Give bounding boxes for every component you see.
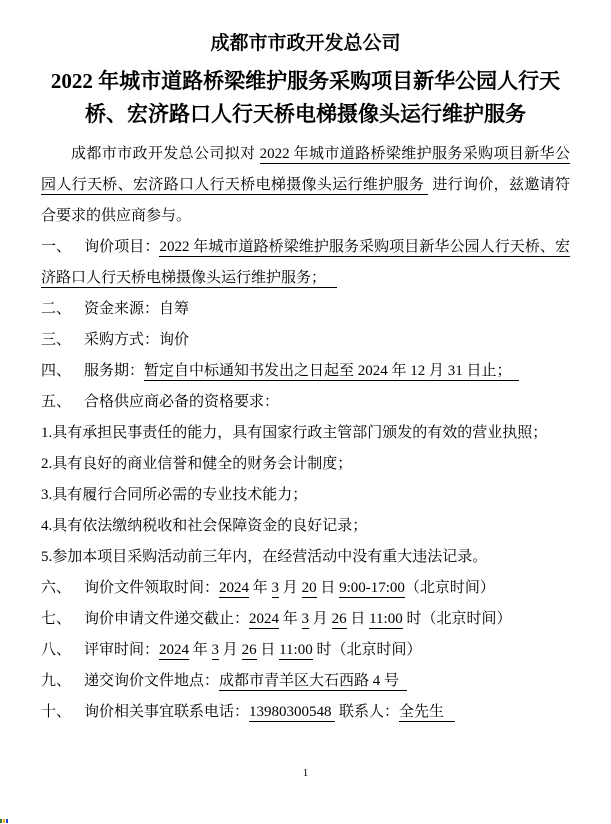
company-title: 成都市市政开发总公司 <box>41 30 570 58</box>
item-number: 四、 <box>41 356 71 387</box>
plain-text: 月 <box>279 580 302 596</box>
plain-text: 年 <box>249 580 272 596</box>
item-funding-source: 二、资金来源：自筹 <box>41 294 570 325</box>
item-body: 递交询价文件地点：成都市青羊区大石西路 4 号 <box>84 673 407 691</box>
item-body: 采购方式：询价 <box>84 332 189 348</box>
item-body: 询价申请文件递交截止：2024 年 3 月 26 日 11:00 时（北京时间） <box>84 611 511 629</box>
plain-text: 服务期： <box>84 363 144 379</box>
item-service-period: 四、服务期：暂定自中标通知书发出之日起至 2024 年 12 月 31 日止； <box>41 356 570 387</box>
item-body: 评审时间：2024 年 3 月 26 日 11:00 时（北京时间） <box>84 642 421 660</box>
plain-text: 日 <box>347 611 370 627</box>
item-submission-address: 九、递交询价文件地点：成都市青羊区大石西路 4 号 <box>41 666 570 697</box>
underlined-text: 26 <box>332 611 347 629</box>
underlined-text: 9:00-17:00 <box>339 580 405 598</box>
item-body: 询价项目：2022 年城市道路桥梁维护服务采购项目新华公园人行天桥、宏济路口人行… <box>41 239 570 288</box>
project-title: 2022 年城市道路桥梁维护服务采购项目新华公园人行天桥、宏济路口人行天桥电梯摄… <box>41 65 570 131</box>
item-procurement-method: 三、采购方式：询价 <box>41 325 570 356</box>
plain-text: 时（北京时间） <box>313 642 422 658</box>
underlined-text: 3 <box>272 580 280 598</box>
item-body: 合格供应商必备的资格要求： <box>84 394 279 410</box>
underlined-text: 全先生 <box>399 704 455 722</box>
underlined-text: 成都市青羊区大石西路 4 号 <box>219 673 407 691</box>
plain-text: 成都市市政开发总公司拟对 <box>71 146 260 162</box>
underlined-text: 2024 <box>159 642 189 660</box>
underlined-text: 2024 <box>219 580 249 598</box>
plain-text: 询价申请文件递交截止： <box>84 611 249 627</box>
item-body: 资金来源：自筹 <box>84 301 189 317</box>
plain-text: 评审时间： <box>84 642 159 658</box>
underlined-text: 13980300548 <box>249 704 335 722</box>
page-number: 1 <box>0 766 611 780</box>
plain-text: 询价项目： <box>84 239 159 255</box>
artifact-pixel-yellow <box>3 819 5 823</box>
plain-text: 联系人： <box>335 704 399 720</box>
item-submission-deadline: 七、询价申请文件递交截止：2024 年 3 月 26 日 11:00 时（北京时… <box>41 604 570 635</box>
plain-text: 合格供应商必备的资格要求： <box>84 394 279 410</box>
plain-text: 时（北京时间） <box>403 611 512 627</box>
plain-text: 询价相关事宜联系电话： <box>84 704 249 720</box>
underlined-text: 11:00 <box>279 642 313 660</box>
item-qualification-header: 五、合格供应商必备的资格要求： <box>41 387 570 418</box>
item-inquiry-project: 一、询价项目：2022 年城市道路桥梁维护服务采购项目新华公园人行天桥、宏济路口… <box>41 232 570 294</box>
item-number: 二、 <box>41 294 71 325</box>
document-page: 成都市市政开发总公司 2022 年城市道路桥梁维护服务采购项目新华公园人行天桥、… <box>0 0 611 824</box>
plain-text: （北京时间） <box>405 580 495 596</box>
underlined-text: 2024 <box>249 611 279 629</box>
plain-text: 采购方式：询价 <box>84 332 189 348</box>
underlined-text: 11:00 <box>369 611 403 629</box>
requirement-2: 2.具有良好的商业信誉和健全的财务会计制度； <box>41 449 570 480</box>
plain-text: 递交询价文件地点： <box>84 673 219 689</box>
item-number: 五、 <box>41 387 71 418</box>
artifact-pixel-green <box>0 819 2 823</box>
item-number: 九、 <box>41 666 71 697</box>
item-number: 一、 <box>41 232 71 263</box>
item-document-collection-time: 六、询价文件领取时间：2024 年 3 月 20 日 9:00-17:00（北京… <box>41 573 570 604</box>
item-contact-info: 十、询价相关事宜联系电话：13980300548 联系人：全先生 <box>41 697 570 728</box>
requirement-4: 4.具有依法缴纳税收和社会保障资金的良好记录； <box>41 511 570 542</box>
scan-artifact-mark <box>0 819 8 823</box>
plain-text: 日 <box>317 580 340 596</box>
item-number: 十、 <box>41 697 71 728</box>
item-number: 八、 <box>41 635 71 666</box>
requirement-3: 3.具有履行合同所必需的专业技术能力； <box>41 480 570 511</box>
underlined-text: 26 <box>242 642 257 660</box>
underlined-text: 20 <box>302 580 317 598</box>
artifact-pixel-blue <box>6 819 8 823</box>
underlined-text: 暂定自中标通知书发出之日起至 2024 年 12 月 31 日止； <box>144 363 519 381</box>
plain-text: 月 <box>309 611 332 627</box>
intro-paragraph: 成都市市政开发总公司拟对 2022 年城市道路桥梁维护服务采购项目新华公园人行天… <box>41 139 570 232</box>
item-body: 询价文件领取时间：2024 年 3 月 20 日 9:00-17:00（北京时间… <box>84 580 495 598</box>
item-body: 询价相关事宜联系电话：13980300548 联系人：全先生 <box>84 704 455 722</box>
requirement-5: 5.参加本项目采购活动前三年内，在经营活动中没有重大违法记录。 <box>41 542 570 573</box>
underlined-text: 3 <box>302 611 310 629</box>
item-review-time: 八、评审时间：2024 年 3 月 26 日 11:00 时（北京时间） <box>41 635 570 666</box>
item-number: 三、 <box>41 325 71 356</box>
underlined-text: 3 <box>212 642 220 660</box>
plain-text: 询价文件领取时间： <box>84 580 219 596</box>
item-body: 服务期：暂定自中标通知书发出之日起至 2024 年 12 月 31 日止； <box>84 363 519 381</box>
plain-text: 日 <box>257 642 280 658</box>
item-number: 六、 <box>41 573 71 604</box>
requirement-1: 1.具有承担民事责任的能力，具有国家行政主管部门颁发的有效的营业执照； <box>41 418 570 449</box>
plain-text: 资金来源：自筹 <box>84 301 189 317</box>
plain-text: 年 <box>189 642 212 658</box>
item-number: 七、 <box>41 604 71 635</box>
plain-text: 月 <box>219 642 242 658</box>
plain-text: 年 <box>279 611 302 627</box>
